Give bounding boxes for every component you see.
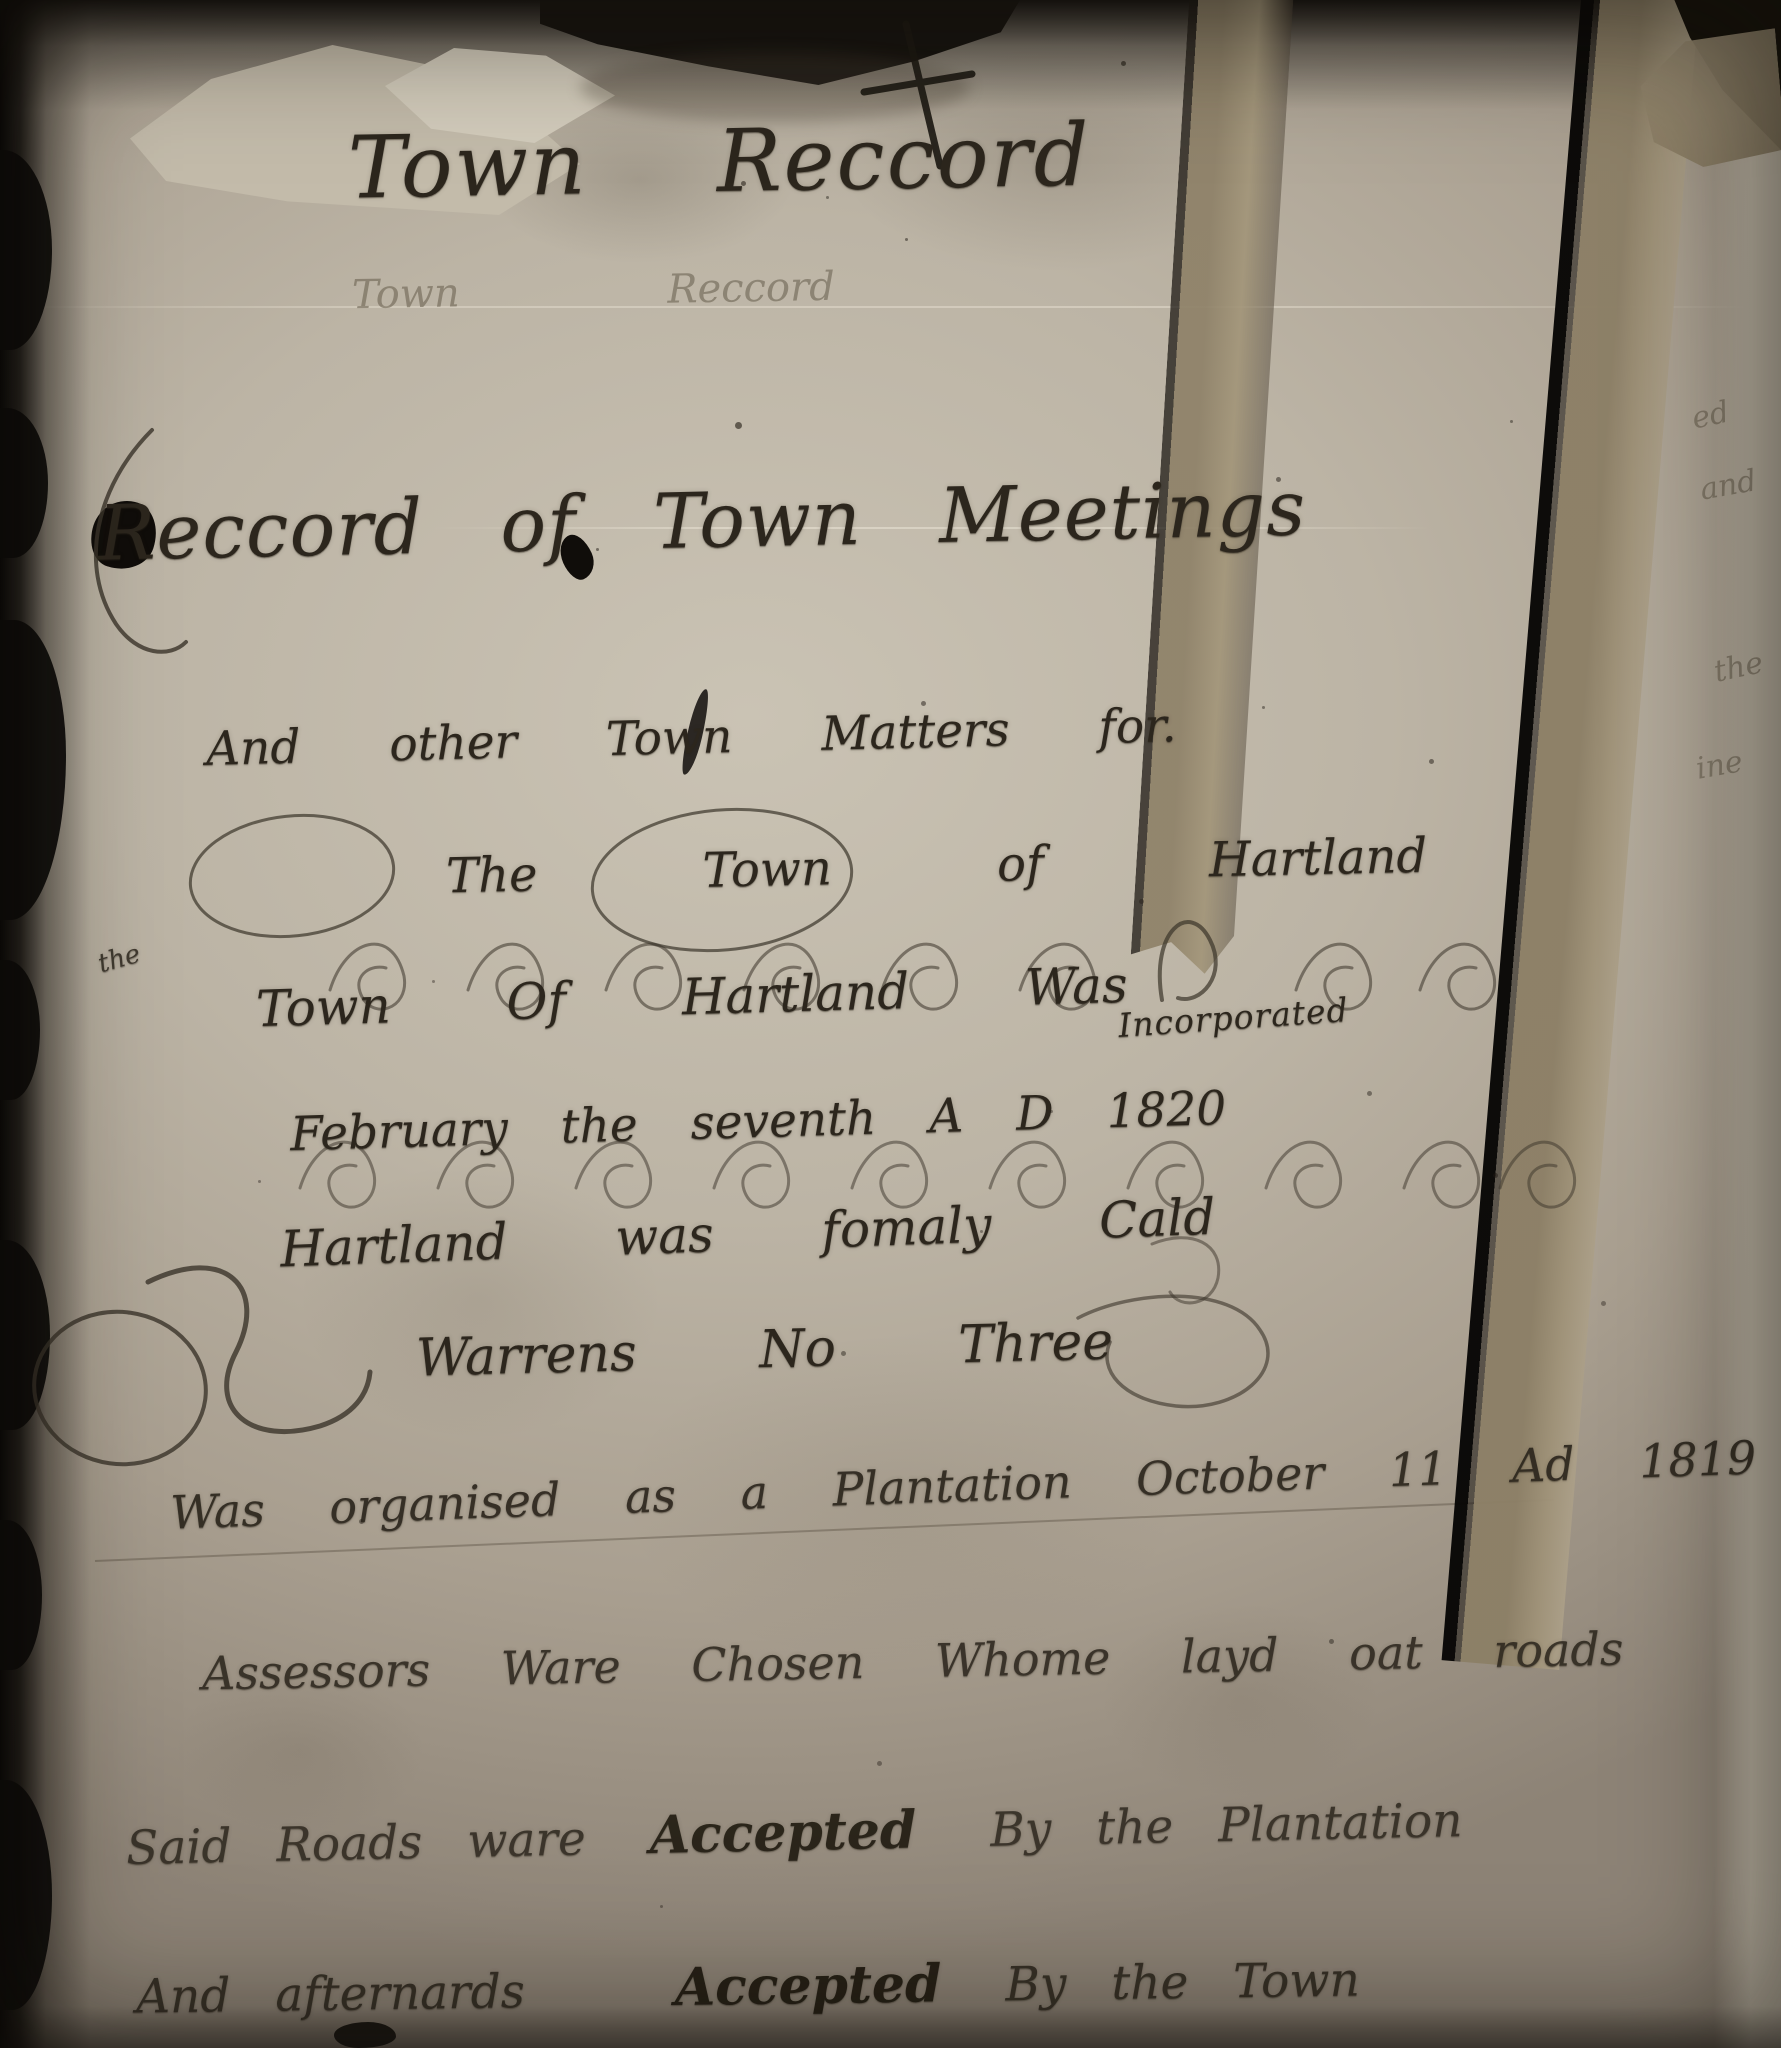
roads-line-end: By the Plantation (990, 1793, 1463, 1858)
page-title: Town Reccord (347, 106, 1091, 219)
flourish-warrens-oval (24, 1301, 215, 1475)
flourish-tall-loop (1160, 922, 1216, 1000)
afterwards-accepted-word: Accepted (674, 1953, 941, 2018)
roads-accepted-word: Accepted (649, 1799, 917, 1866)
roads-line-start: Said Roads ware (126, 1811, 587, 1876)
flourish-warrens-swash (148, 1268, 370, 1432)
afterwards-line-end: By the Town (1005, 1952, 1360, 2012)
manuscript-page-photo: Town Reccord Town Reccord Reccord of Tow… (0, 0, 1781, 2048)
flourish-oval-1 (184, 806, 399, 947)
afterwards-line-start: And afternards (136, 1964, 526, 2024)
page-title-ghost: Town Reccord (352, 264, 836, 318)
